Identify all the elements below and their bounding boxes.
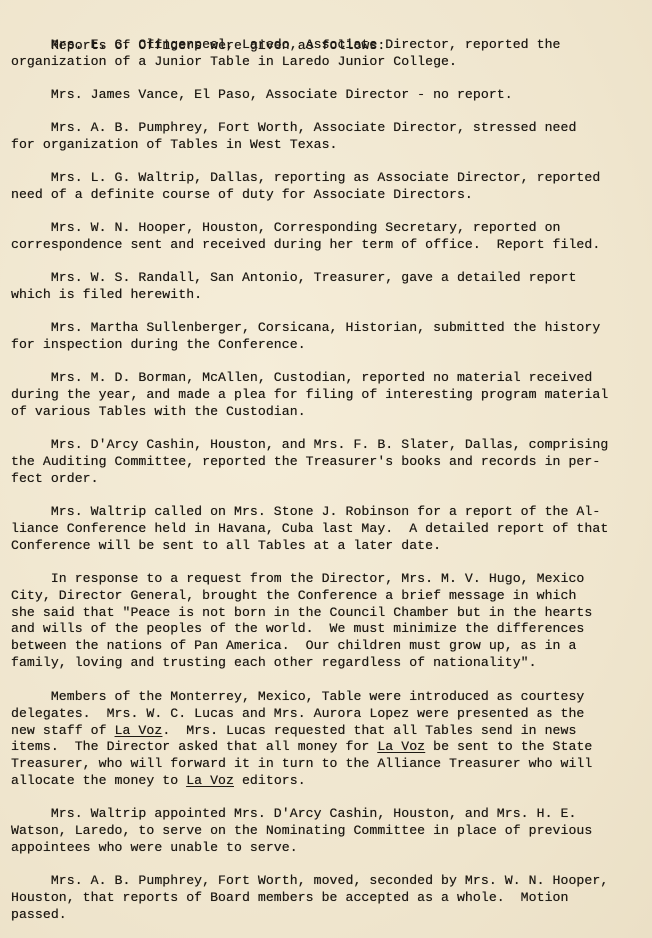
paragraph: In response to a request from the Direct… bbox=[11, 571, 647, 672]
paragraph-line: Watson, Laredo, to serve on the Nominati… bbox=[11, 823, 647, 840]
paragraph: Members of the Monterrey, Mexico, Table … bbox=[11, 689, 647, 790]
paragraph: Mrs. Waltrip appointed Mrs. D'Arcy Cashi… bbox=[11, 806, 647, 856]
paragraph: Mrs. W. N. Hooper, Houston, Correspondin… bbox=[11, 220, 647, 254]
paragraph: Mrs. James Vance, El Paso, Associate Dir… bbox=[11, 87, 647, 104]
paragraph-line: Mrs. Martha Sullenberger, Corsicana, His… bbox=[11, 320, 647, 337]
paragraph-line: family, loving and trusting each other r… bbox=[11, 655, 647, 672]
paragraph-line: and wills of the peoples of the world. W… bbox=[11, 621, 647, 638]
underlined-title: La Voz bbox=[377, 739, 425, 754]
typewritten-page: Reports of Officers were given as follow… bbox=[0, 0, 652, 938]
paragraph-line: Mrs. A. B. Pumphrey, Fort Worth, moved, … bbox=[11, 873, 647, 890]
paragraph-line: which is filed herewith. bbox=[11, 287, 647, 304]
paragraph-line: new staff of La Voz. Mrs. Lucas requeste… bbox=[11, 723, 647, 740]
paragraph-line: correspondence sent and received during … bbox=[11, 237, 647, 254]
paragraph-line: Conference will be sent to all Tables at… bbox=[11, 538, 647, 555]
paragraph-line: Mrs. M. D. Borman, McAllen, Custodian, r… bbox=[11, 370, 647, 387]
paragraph: Mrs. M. D. Borman, McAllen, Custodian, r… bbox=[11, 370, 647, 420]
paragraph: Mrs. W. S. Randall, San Antonio, Treasur… bbox=[11, 270, 647, 304]
underlined-title: La Voz bbox=[115, 723, 163, 738]
paragraph-line: Mrs. E. G. Clingenpeel, Laredo, Associat… bbox=[11, 37, 647, 54]
paragraph-line: City, Director General, brought the Conf… bbox=[11, 588, 647, 605]
paragraph-line: Mrs. A. B. Pumphrey, Fort Worth, Associa… bbox=[11, 120, 647, 137]
paragraph: Mrs. Waltrip called on Mrs. Stone J. Rob… bbox=[11, 504, 647, 554]
paragraph-line: of various Tables with the Custodian. bbox=[11, 404, 647, 421]
paragraph-line: need of a definite course of duty for As… bbox=[11, 187, 647, 204]
paragraph: Mrs. D'Arcy Cashin, Houston, and Mrs. F.… bbox=[11, 437, 647, 487]
paragraph: Mrs. Martha Sullenberger, Corsicana, His… bbox=[11, 320, 647, 354]
paragraph-line: for inspection during the Conference. bbox=[11, 337, 647, 354]
paragraph-line: organization of a Junior Table in Laredo… bbox=[11, 54, 647, 71]
paragraph: Mrs. A. B. Pumphrey, Fort Worth, moved, … bbox=[11, 873, 647, 923]
paragraph: Mrs. E. G. Clingenpeel, Laredo, Associat… bbox=[11, 37, 647, 71]
paragraph-line: Mrs. W. S. Randall, San Antonio, Treasur… bbox=[11, 270, 647, 287]
paragraph-line: items. The Director asked that all money… bbox=[11, 739, 647, 756]
paragraph-line: Houston, that reports of Board members b… bbox=[11, 890, 647, 907]
paragraph-line: Mrs. L. G. Waltrip, Dallas, reporting as… bbox=[11, 170, 647, 187]
paragraph-line: between the nations of Pan America. Our … bbox=[11, 638, 647, 655]
paragraph-line: delegates. Mrs. W. C. Lucas and Mrs. Aur… bbox=[11, 706, 647, 723]
paragraph: Mrs. L. G. Waltrip, Dallas, reporting as… bbox=[11, 170, 647, 204]
paragraph-line: In response to a request from the Direct… bbox=[11, 571, 647, 588]
paragraph-line: she said that "Peace is not born in the … bbox=[11, 605, 647, 622]
paragraph-line: passed. bbox=[11, 907, 647, 924]
paragraph-line: Mrs. James Vance, El Paso, Associate Dir… bbox=[11, 87, 647, 104]
paragraph-line: Members of the Monterrey, Mexico, Table … bbox=[11, 689, 647, 706]
paragraph-line: allocate the money to La Voz editors. bbox=[11, 773, 647, 790]
paragraph-line: fect order. bbox=[11, 471, 647, 488]
paragraph-line: Mrs. W. N. Hooper, Houston, Correspondin… bbox=[11, 220, 647, 237]
paragraph: Mrs. A. B. Pumphrey, Fort Worth, Associa… bbox=[11, 120, 647, 154]
paragraph-line: the Auditing Committee, reported the Tre… bbox=[11, 454, 647, 471]
paragraph-line: for organization of Tables in West Texas… bbox=[11, 137, 647, 154]
paragraph-line: liance Conference held in Havana, Cuba l… bbox=[11, 521, 647, 538]
paragraph-line: during the year, and made a plea for fil… bbox=[11, 387, 647, 404]
paragraph-line: Mrs. Waltrip called on Mrs. Stone J. Rob… bbox=[11, 504, 647, 521]
paragraph-line: Mrs. Waltrip appointed Mrs. D'Arcy Cashi… bbox=[11, 806, 647, 823]
paragraph-line: Mrs. D'Arcy Cashin, Houston, and Mrs. F.… bbox=[11, 437, 647, 454]
underlined-title: La Voz bbox=[186, 773, 234, 788]
paragraph-line: appointees who were unable to serve. bbox=[11, 840, 647, 857]
paragraph-line: Treasurer, who will forward it in turn t… bbox=[11, 756, 647, 773]
